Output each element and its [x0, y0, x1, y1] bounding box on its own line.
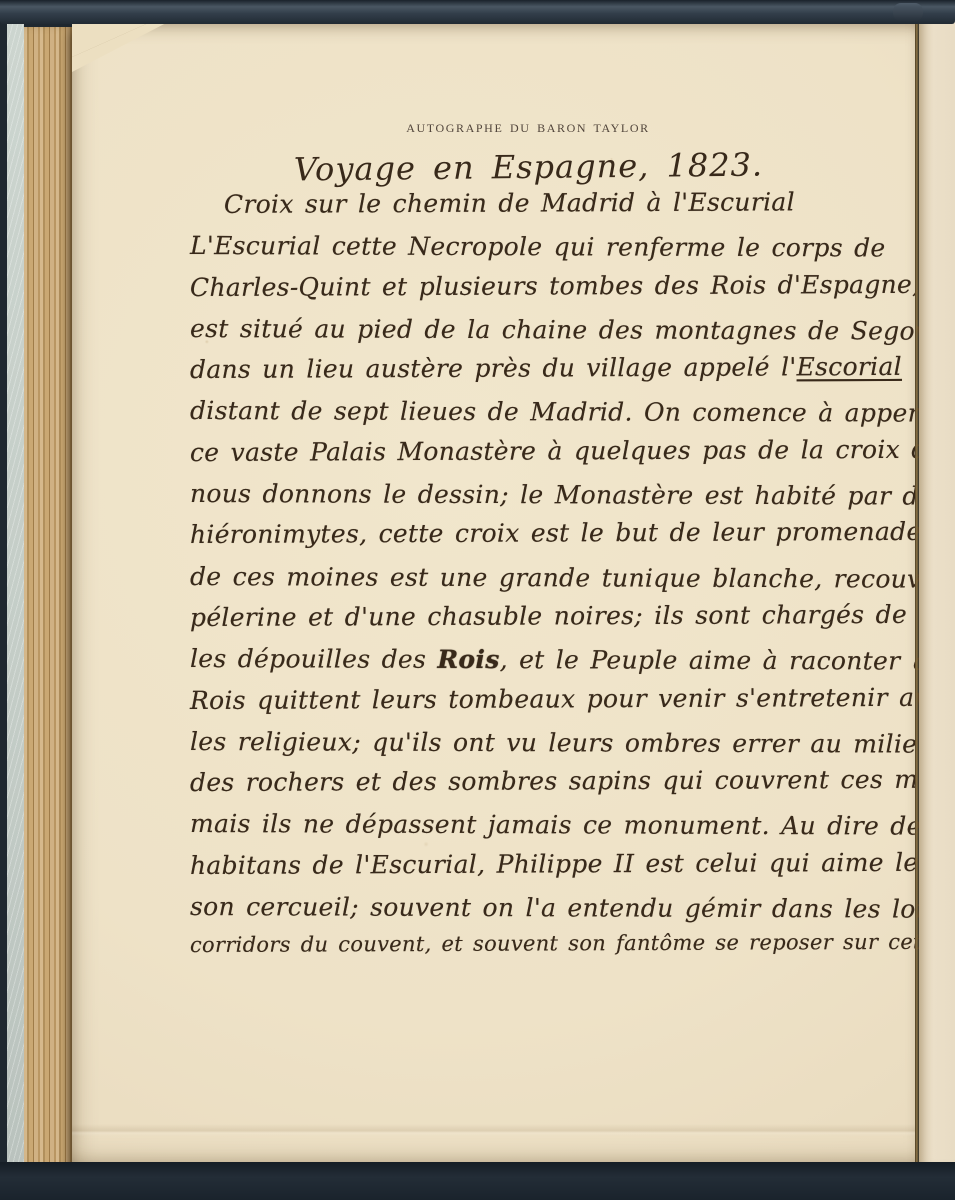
manuscript-line: les religieux; qu'ils ont vu leurs ombre… — [190, 727, 867, 771]
manuscript-line: L'Escurial cette Necropole qui renferme … — [190, 231, 867, 275]
text-segment: distant de sept lieues de Madrid. On com… — [190, 396, 955, 428]
marbled-endpaper-edge — [7, 24, 24, 1184]
manuscript-line: Rois quittent leurs tombeaux pour venir … — [190, 683, 867, 727]
printed-caption: AUTOGRAPHE DU BARON TAYLOR — [148, 121, 908, 136]
manuscript-line: pélerine et d'une chasuble noires; ils s… — [190, 600, 867, 644]
book-cover-top-edge — [0, 0, 955, 24]
text-segment: L'Escurial cette Necropole qui renferme … — [190, 231, 886, 262]
page-crease — [72, 1124, 915, 1136]
manuscript-line: dans un lieu austère près du village app… — [190, 352, 867, 396]
text-segment: pélerine et d'une chasuble noires; ils s… — [190, 599, 955, 632]
manuscript-line: Charles-Quint et plusieurs tombes des Ro… — [190, 270, 867, 314]
text-segment: corridors du couvent, et souvent son fan… — [190, 930, 955, 958]
underlined-word: Escorial — [796, 352, 902, 381]
text-segment: mais ils ne dépassent jamais ce monument… — [190, 809, 935, 841]
manuscript-line: de ces moines est une grande tunique bla… — [190, 562, 867, 606]
manuscript-line: corridors du couvent, et souvent son fan… — [190, 930, 867, 973]
text-segment: Charles-Quint et plusieurs tombes des Ro… — [190, 269, 921, 301]
text-segment: Rois quittent leurs tombeaux pour venir … — [190, 682, 955, 714]
text-segment: est situé au pied de la chaine des monta… — [190, 314, 955, 346]
manuscript-lines: Croix sur le chemin de Madrid à l'Escuri… — [190, 190, 867, 973]
manuscript-line: hiéronimytes, cette croix est le but de … — [190, 517, 867, 561]
manuscript-line: mais ils ne dépassent jamais ce monument… — [190, 809, 867, 853]
book-headband — [893, 3, 923, 21]
facing-page-edge — [919, 14, 955, 1164]
text-segment: , et le Peuple aime à raconter que ces — [500, 645, 955, 676]
manuscript-page: AUTOGRAPHE DU BARON TAYLOR Voyage en Esp… — [72, 22, 915, 1164]
book-photo: AUTOGRAPHE DU BARON TAYLOR Voyage en Esp… — [0, 0, 955, 1200]
text-segment: son cercueil; souvent on l'a entendu gém… — [190, 892, 955, 924]
manuscript-line: est situé au pied de la chaine des monta… — [190, 314, 867, 358]
text-segment: ce vaste Palais Monastère à quelques pas… — [190, 434, 955, 466]
text-segment: hiéronimytes, cette croix est le but de … — [190, 516, 955, 549]
text-segment: habitans de l'Escurial, Philippe II est … — [190, 847, 955, 880]
manuscript-line: les dépouilles des Rois, et le Peuple ai… — [190, 644, 867, 688]
stacked-page-edges — [24, 27, 72, 1175]
text-segment: les dépouilles des — [190, 644, 437, 674]
inked-word: Rois — [437, 645, 499, 674]
manuscript-title: Voyage en Espagne, 1823. — [190, 144, 867, 189]
book-cover-bottom-edge — [0, 1162, 955, 1200]
text-segment: de ces moines est une grande tunique bla… — [190, 562, 955, 594]
manuscript-line: distant de sept lieues de Madrid. On com… — [190, 396, 867, 440]
manuscript-line: habitans de l'Escurial, Philippe II est … — [190, 848, 867, 892]
text-segment: dans un lieu austère près du village app… — [190, 353, 797, 385]
manuscript-line: des rochers et des sombres sapins qui co… — [190, 765, 867, 809]
manuscript-line: Croix sur le chemin de Madrid à l'Escuri… — [190, 187, 867, 231]
text-segment: Croix sur le chemin de Madrid à l'Escuri… — [224, 187, 795, 218]
manuscript-line: ce vaste Palais Monastère à quelques pas… — [190, 435, 867, 479]
text-segment: des rochers et des sombres sapins qui co… — [190, 764, 955, 797]
text-segment: nous donnons le dessin; le Monastère est… — [190, 479, 955, 511]
manuscript-line: son cercueil; souvent on l'a entendu gém… — [190, 892, 867, 936]
text-segment: les religieux; qu'ils ont vu leurs ombre… — [190, 727, 934, 759]
manuscript-line: nous donnons le dessin; le Monastère est… — [190, 479, 867, 523]
